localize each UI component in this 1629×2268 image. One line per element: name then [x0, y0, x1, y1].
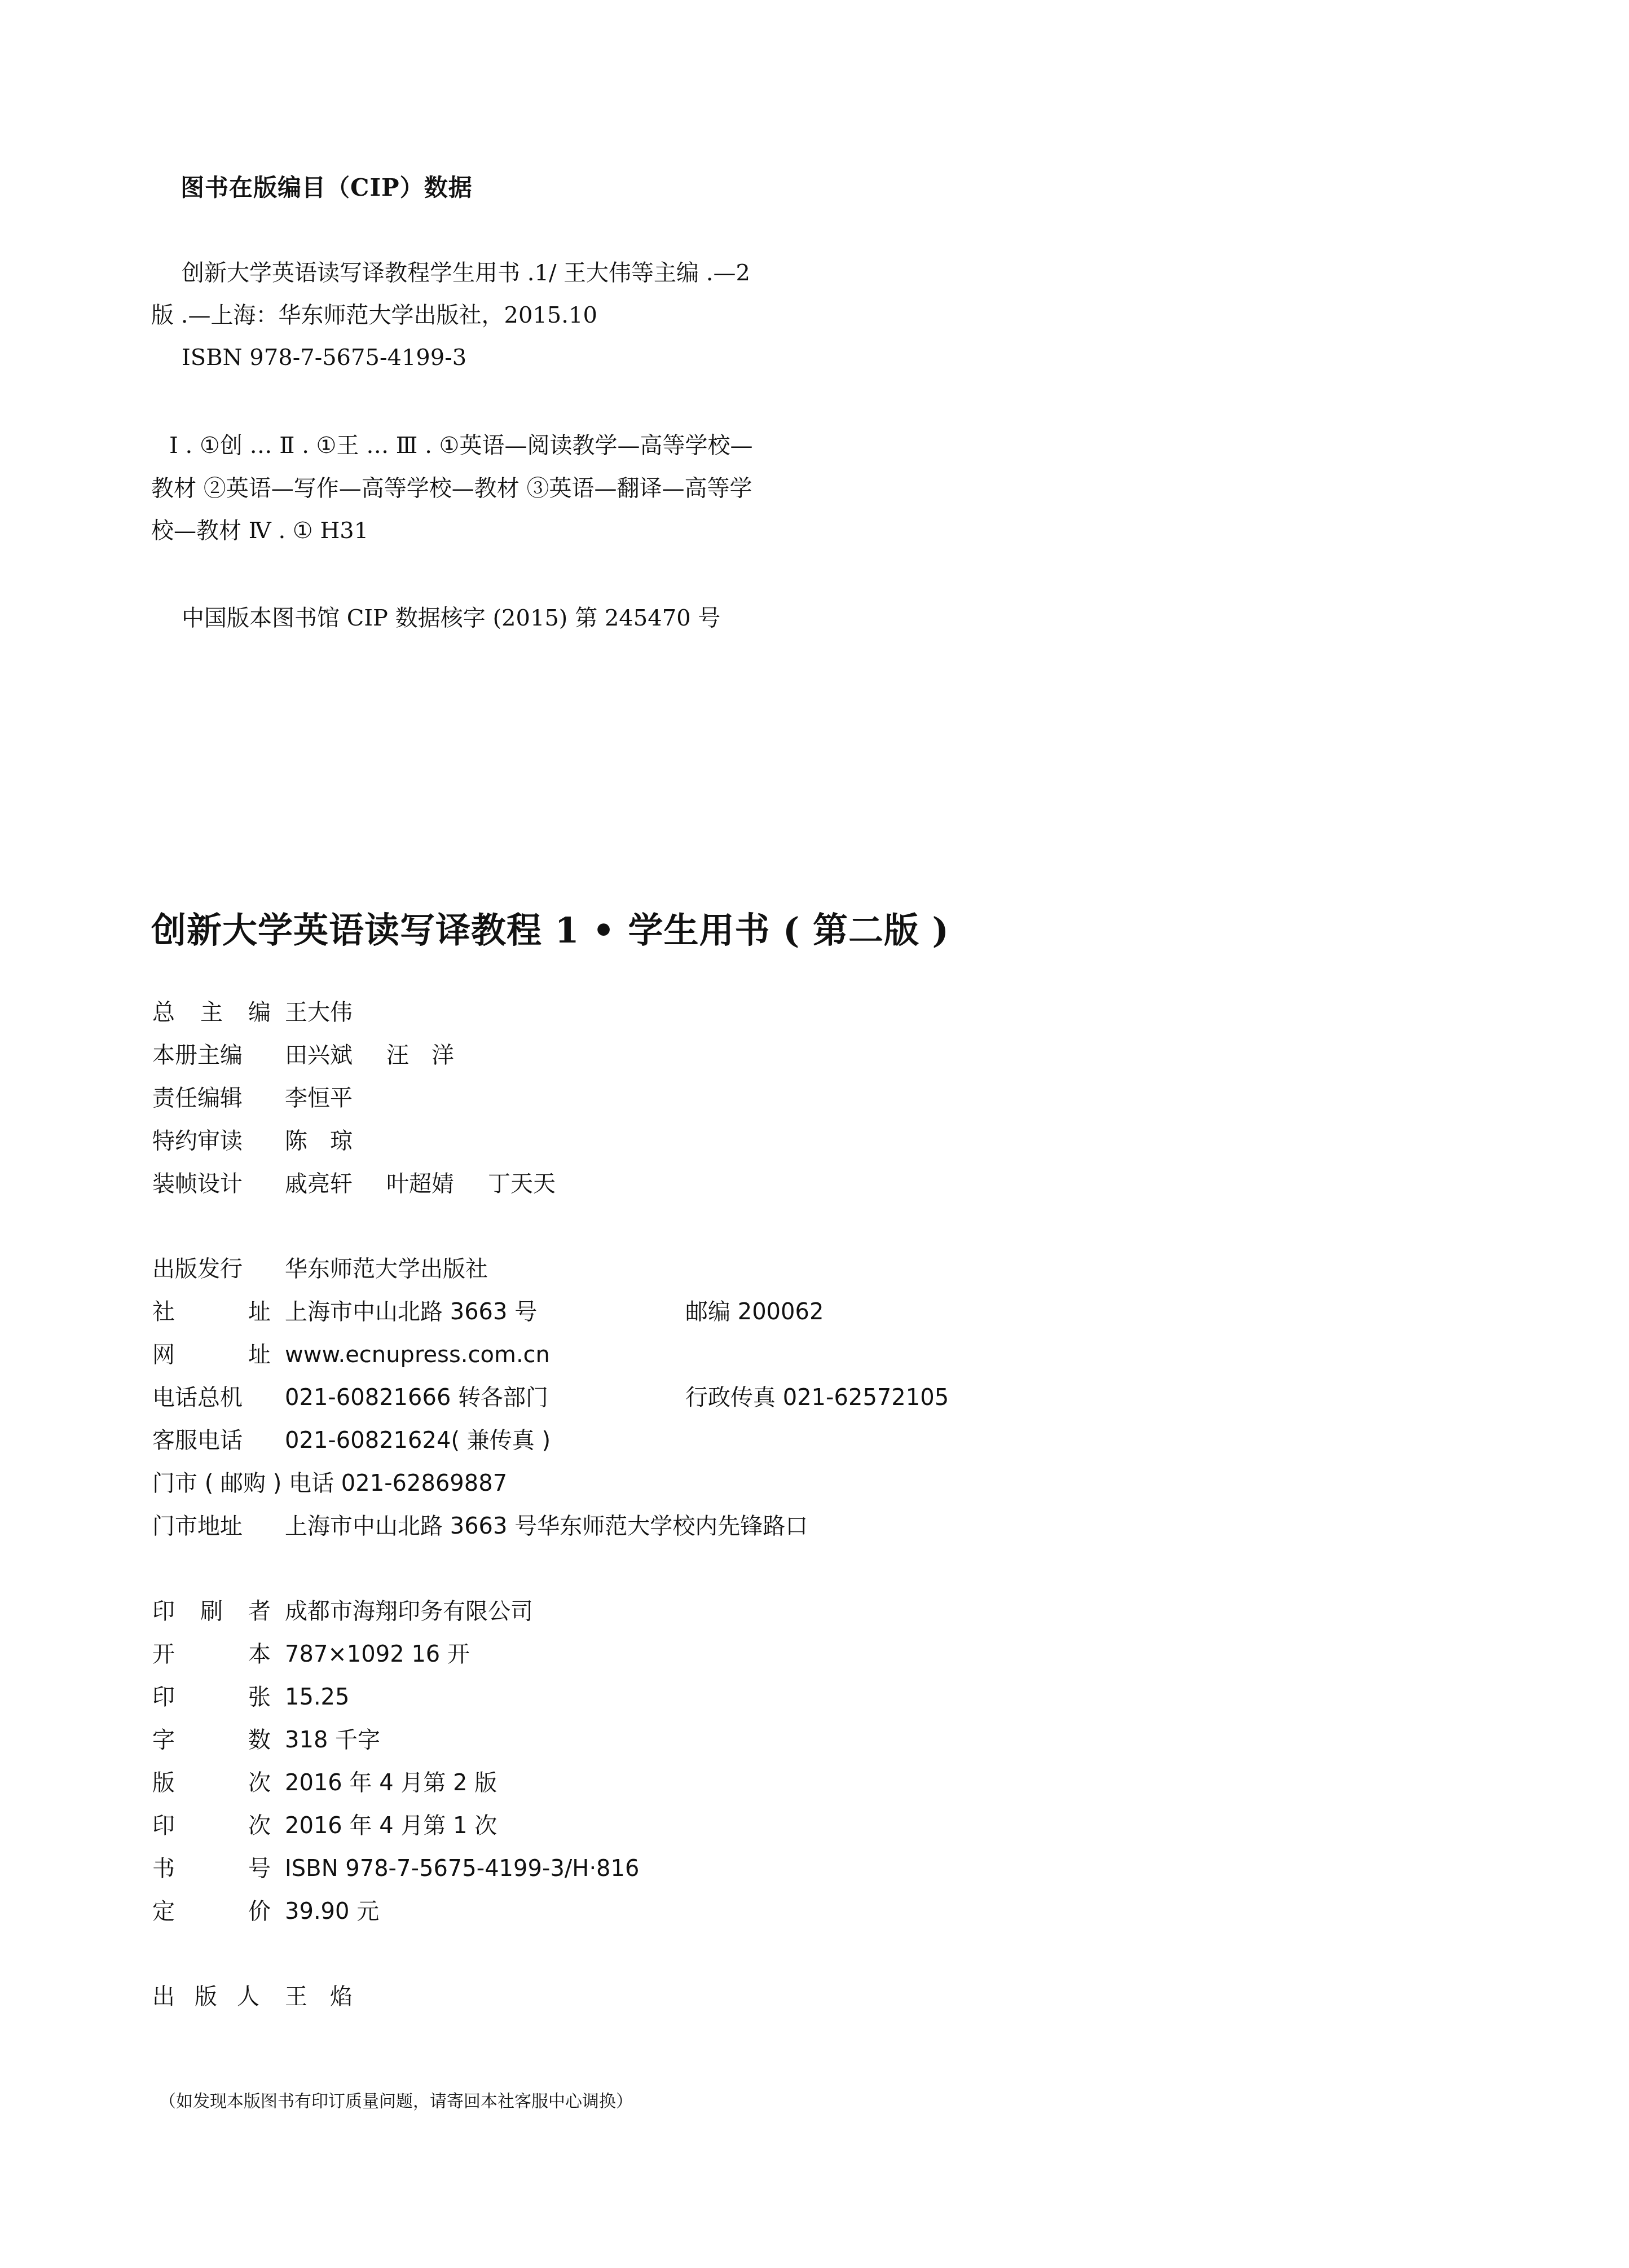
credit-value: 田兴斌汪 洋 — [285, 1038, 454, 1072]
cip-classification-1: Ⅰ . ①创 … Ⅱ . ①王 … Ⅲ . ①英语—阅读教学—高等学校— — [169, 431, 752, 460]
store-address-label: 门市地址 — [152, 1509, 243, 1543]
website-label: 网址 — [152, 1338, 271, 1372]
impression-label: 印次 — [152, 1809, 271, 1843]
address-value: 上海市中山北路 3663 号 — [285, 1295, 537, 1329]
footer-note: （如发现本版图书有印订质量问题，请寄回本社客服中心调换） — [159, 2087, 633, 2112]
price-value: 39.90 元 — [285, 1895, 379, 1928]
publisher-value: 华东师范大学出版社 — [285, 1252, 488, 1286]
wordcount-label: 字数 — [152, 1723, 271, 1757]
phone-value: 021-60821666 转各部门 — [285, 1381, 548, 1415]
edition-value: 2016 年 4 月第 2 版 — [285, 1766, 497, 1800]
format-value: 787×1092 16 开 — [285, 1637, 470, 1671]
credit-value: 王大伟 — [285, 996, 353, 1029]
isbn-value: ISBN 978-7-5675-4199-3/H·816 — [285, 1852, 639, 1886]
credit-label: 本册主编 — [152, 1038, 243, 1072]
postcode: 邮编 200062 — [685, 1295, 824, 1329]
service-value: 021-60821624( 兼传真 ) — [285, 1424, 551, 1457]
phone-label: 电话总机 — [152, 1381, 243, 1415]
cip-heading: 图书在版编目（CIP）数据 — [180, 169, 473, 203]
printer-label: 印刷者 — [152, 1595, 271, 1628]
cip-classification-3: 校—教材 Ⅳ . ① H31 — [151, 516, 368, 545]
website-link[interactable]: www.ecnupress.com.cn — [285, 1338, 550, 1372]
edition-label: 版次 — [152, 1766, 271, 1800]
sheets-value: 15.25 — [285, 1680, 350, 1714]
credit-label: 责任编辑 — [152, 1081, 243, 1115]
issuer-label: 出版人 — [152, 1980, 259, 2014]
credit-value: 李恒平 — [285, 1081, 353, 1115]
isbn-label: 书号 — [152, 1852, 271, 1886]
store-phone: 门市 ( 邮购 ) 电话 021-62869887 — [152, 1467, 507, 1500]
publisher-label: 出版发行 — [152, 1252, 243, 1286]
cip-line-1: 创新大学英语读写译教程学生用书 .1/ 王大伟等主编 .—2 — [182, 258, 750, 288]
book-title: 创新大学英语读写译教程 1 • 学生用书 ( 第二版 ) — [151, 902, 949, 953]
sheets-label: 印张 — [152, 1680, 271, 1714]
cip-isbn: ISBN 978-7-5675-4199-3 — [182, 343, 466, 372]
issuer-value: 王 焰 — [285, 1980, 353, 2014]
address-label: 社址 — [152, 1295, 271, 1329]
credit-value: 陈 琼 — [285, 1124, 353, 1158]
cip-classification-2: 教材 ②英语—写作—高等学校—教材 ③英语—翻译—高等学 — [151, 474, 752, 503]
format-label: 开本 — [152, 1637, 271, 1671]
printer-value: 成都市海翔印务有限公司 — [285, 1595, 533, 1628]
service-label: 客服电话 — [152, 1424, 243, 1457]
cip-line-2: 版 .—上海：华东师范大学出版社，2015.10 — [151, 301, 597, 330]
credit-label: 装帧设计 — [152, 1167, 243, 1201]
price-label: 定价 — [152, 1895, 271, 1928]
impression-value: 2016 年 4 月第 1 次 — [285, 1809, 497, 1843]
cip-number: 中国版本图书馆 CIP 数据核字 (2015) 第 245470 号 — [182, 604, 720, 633]
wordcount-value: 318 千字 — [285, 1723, 380, 1757]
credit-value: 戚亮轩叶超婧丁天天 — [285, 1167, 556, 1201]
credit-label: 总主编 — [152, 996, 271, 1029]
store-address-value: 上海市中山北路 3663 号华东师范大学校内先锋路口 — [285, 1509, 808, 1543]
admin-fax: 行政传真 021-62572105 — [685, 1381, 949, 1415]
credit-label: 特约审读 — [152, 1124, 243, 1158]
